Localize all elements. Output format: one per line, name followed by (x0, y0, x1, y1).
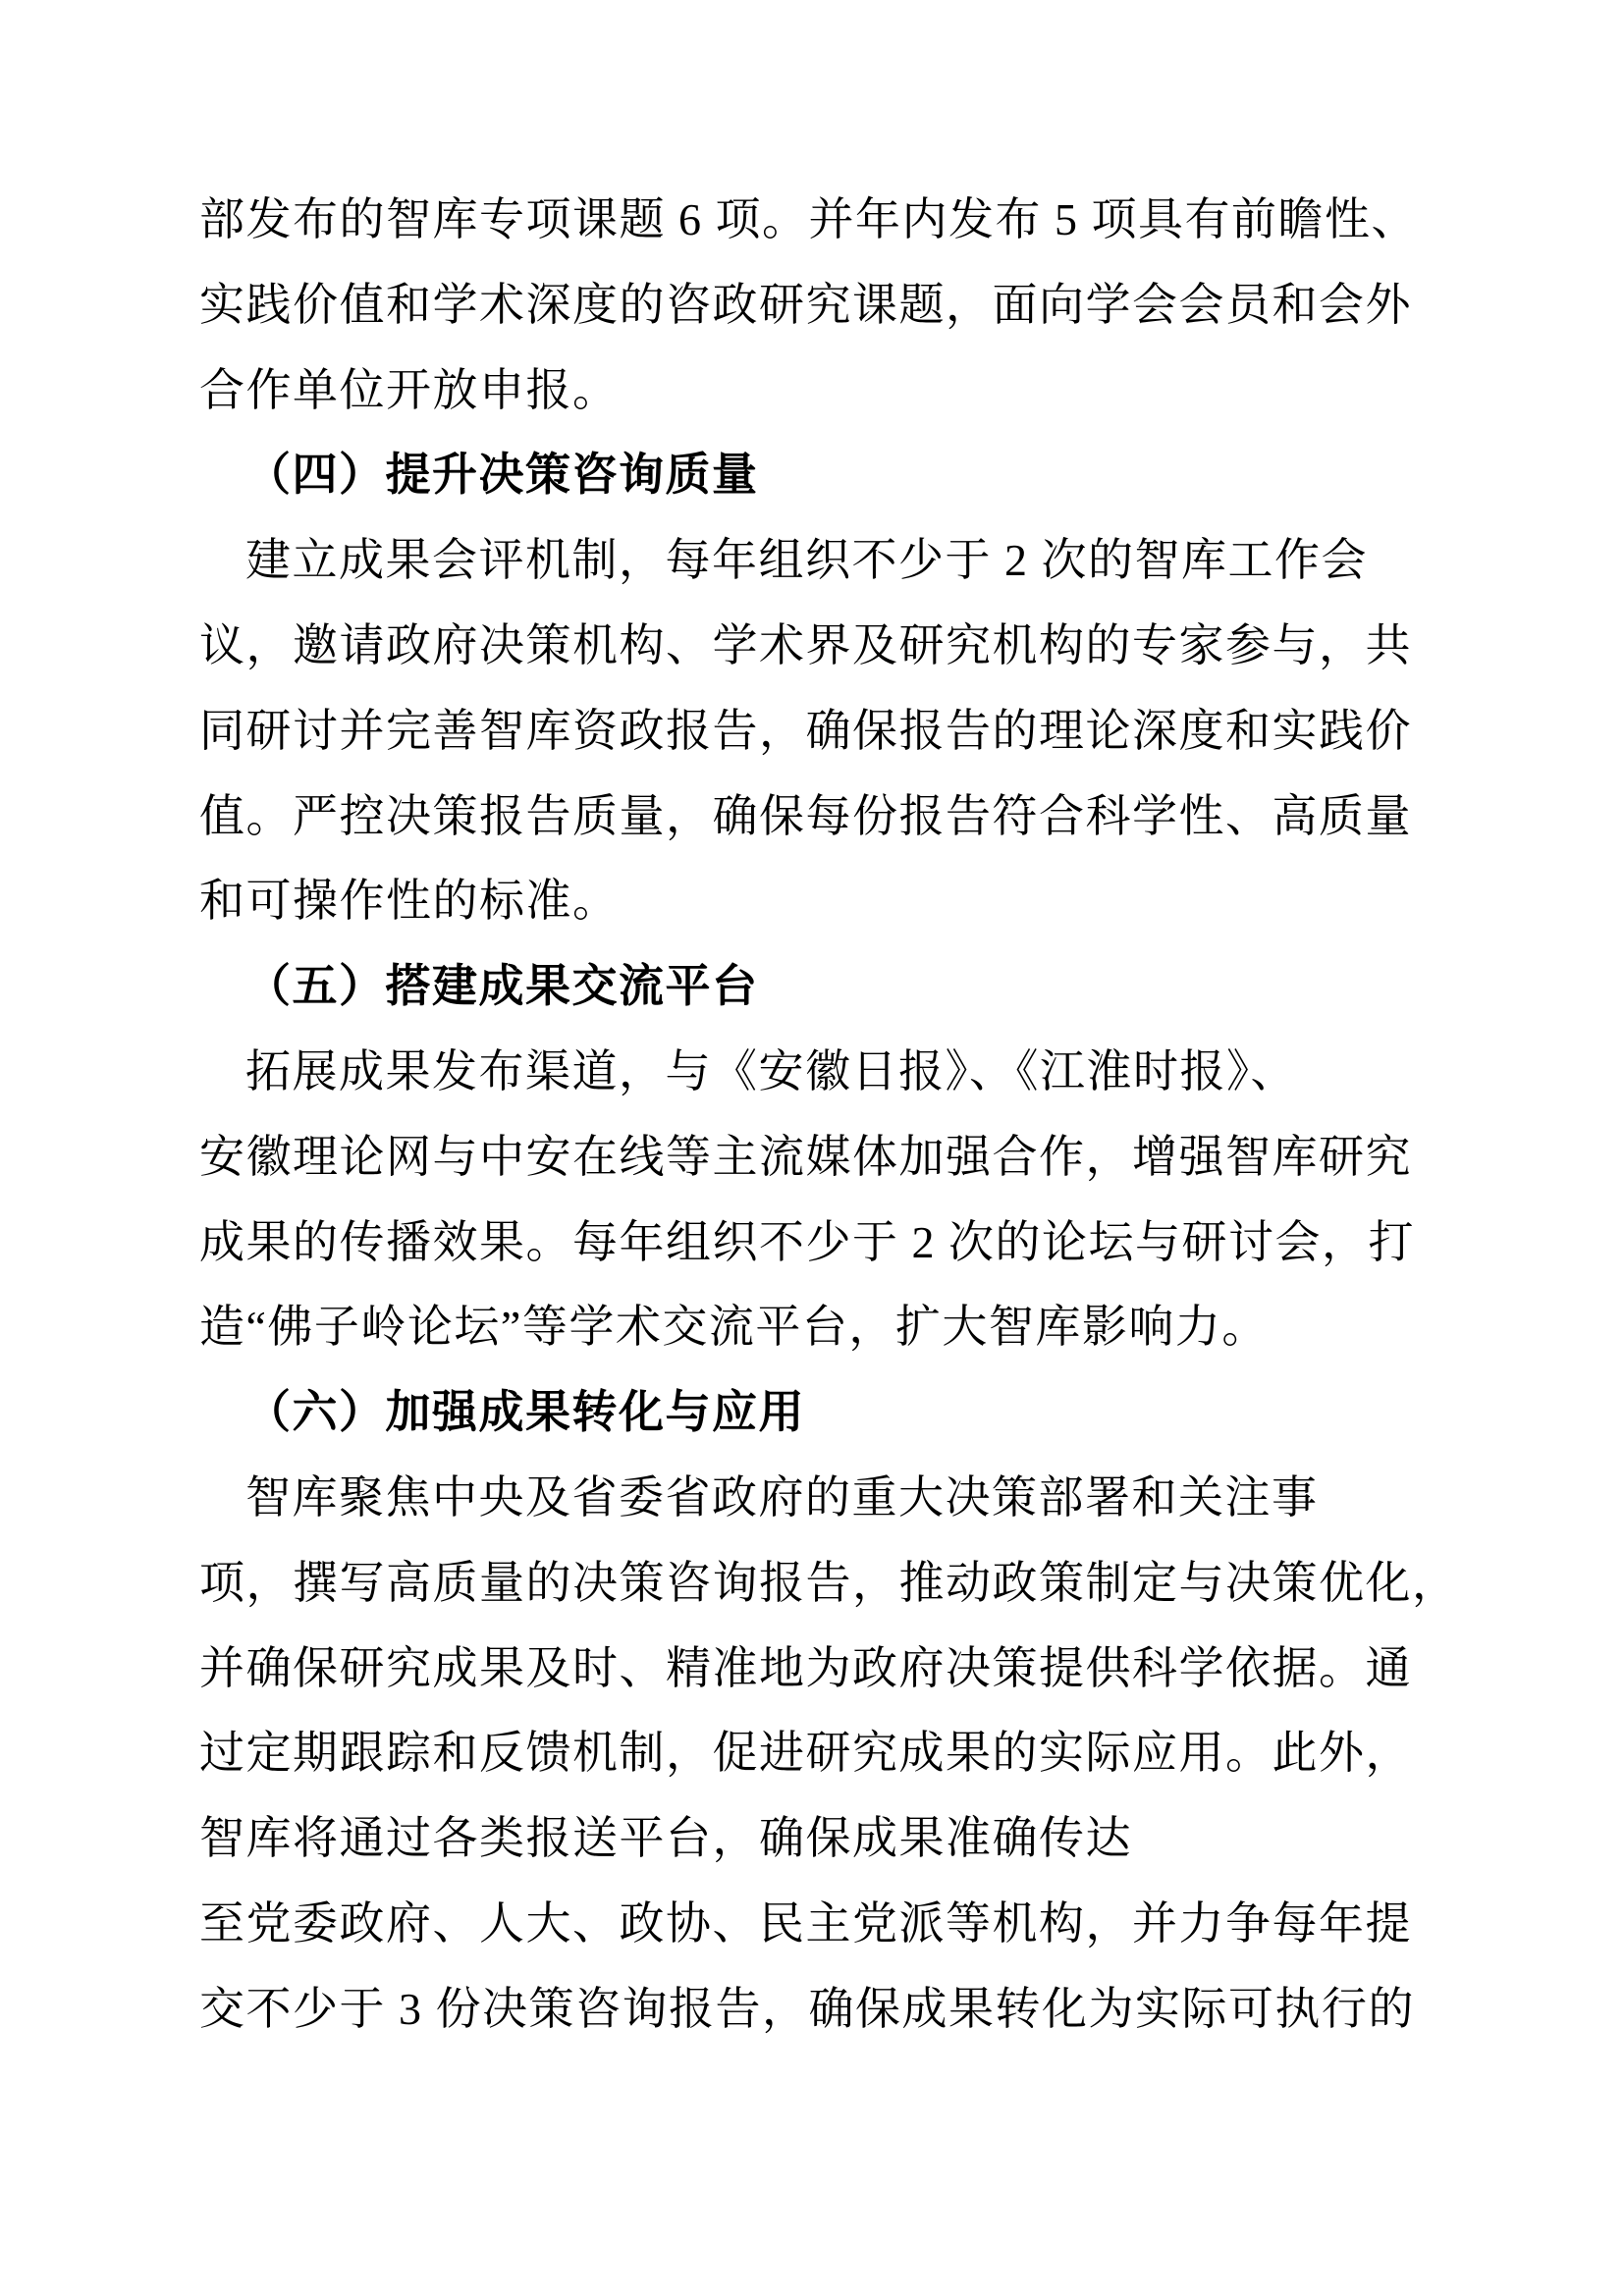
document-line: 建立成果会评机制，每年组织不少于 2 次的智库工作会 (199, 518, 1436, 604)
document-line: 项，撰写高质量的决策咨询报告，推动政策制定与决策优化， (199, 1541, 1436, 1627)
document-line: 智库将通过各类报送平台，确保成果准确传达 (199, 1796, 1436, 1882)
document-line: 拓展成果发布渠道，与《安徽日报》、《江淮时报》、 (199, 1030, 1436, 1115)
document-line: 造“佛子岭论坛”等学术交流平台，扩大智库影响力。 (199, 1285, 1436, 1370)
document-line: 议，邀请政府决策机构、学术界及研究机构的专家参与，共 (199, 604, 1436, 689)
document-line: 同研讨并完善智库资政报告，确保报告的理论深度和实践价 (199, 689, 1436, 774)
document-line: 过定期跟踪和反馈机制，促进研究成果的实际应用。此外， (199, 1711, 1436, 1796)
document-line: 合作单位开放申报。 (199, 348, 1436, 434)
document-line: 实践价值和学术深度的咨政研究课题，面向学会会员和会外 (199, 263, 1436, 348)
document-line: 交不少于 3 份决策咨询报告，确保成果转化为实际可执行的 (199, 1967, 1436, 2053)
document-line: 并确保研究成果及时、精准地为政府决策提供科学依据。通 (199, 1627, 1436, 1712)
section-heading: （四）提升决策咨询质量 (199, 433, 1436, 518)
section-heading: （五）搭建成果交流平台 (199, 944, 1436, 1030)
document-page: 部发布的智库专项课题 6 项。并年内发布 5 项具有前瞻性、实践价值和学术深度的… (0, 0, 1624, 2296)
document-text-block: 部发布的智库专项课题 6 项。并年内发布 5 项具有前瞻性、实践价值和学术深度的… (199, 178, 1436, 2053)
section-heading: （六）加强成果转化与应用 (199, 1370, 1436, 1456)
document-line: 值。严控决策报告质量，确保每份报告符合科学性、高质量 (199, 774, 1436, 860)
document-line: 至党委政府、人大、政协、民主党派等机构，并力争每年提 (199, 1882, 1436, 1967)
document-line: 和可操作性的标准。 (199, 859, 1436, 944)
document-line: 安徽理论网与中安在线等主流媒体加强合作，增强智库研究 (199, 1115, 1436, 1201)
document-line: 成果的传播效果。每年组织不少于 2 次的论坛与研讨会，打 (199, 1201, 1436, 1286)
document-line: 智库聚焦中央及省委省政府的重大决策部署和关注事 (199, 1456, 1436, 1541)
document-line: 部发布的智库专项课题 6 项。并年内发布 5 项具有前瞻性、 (199, 178, 1436, 263)
